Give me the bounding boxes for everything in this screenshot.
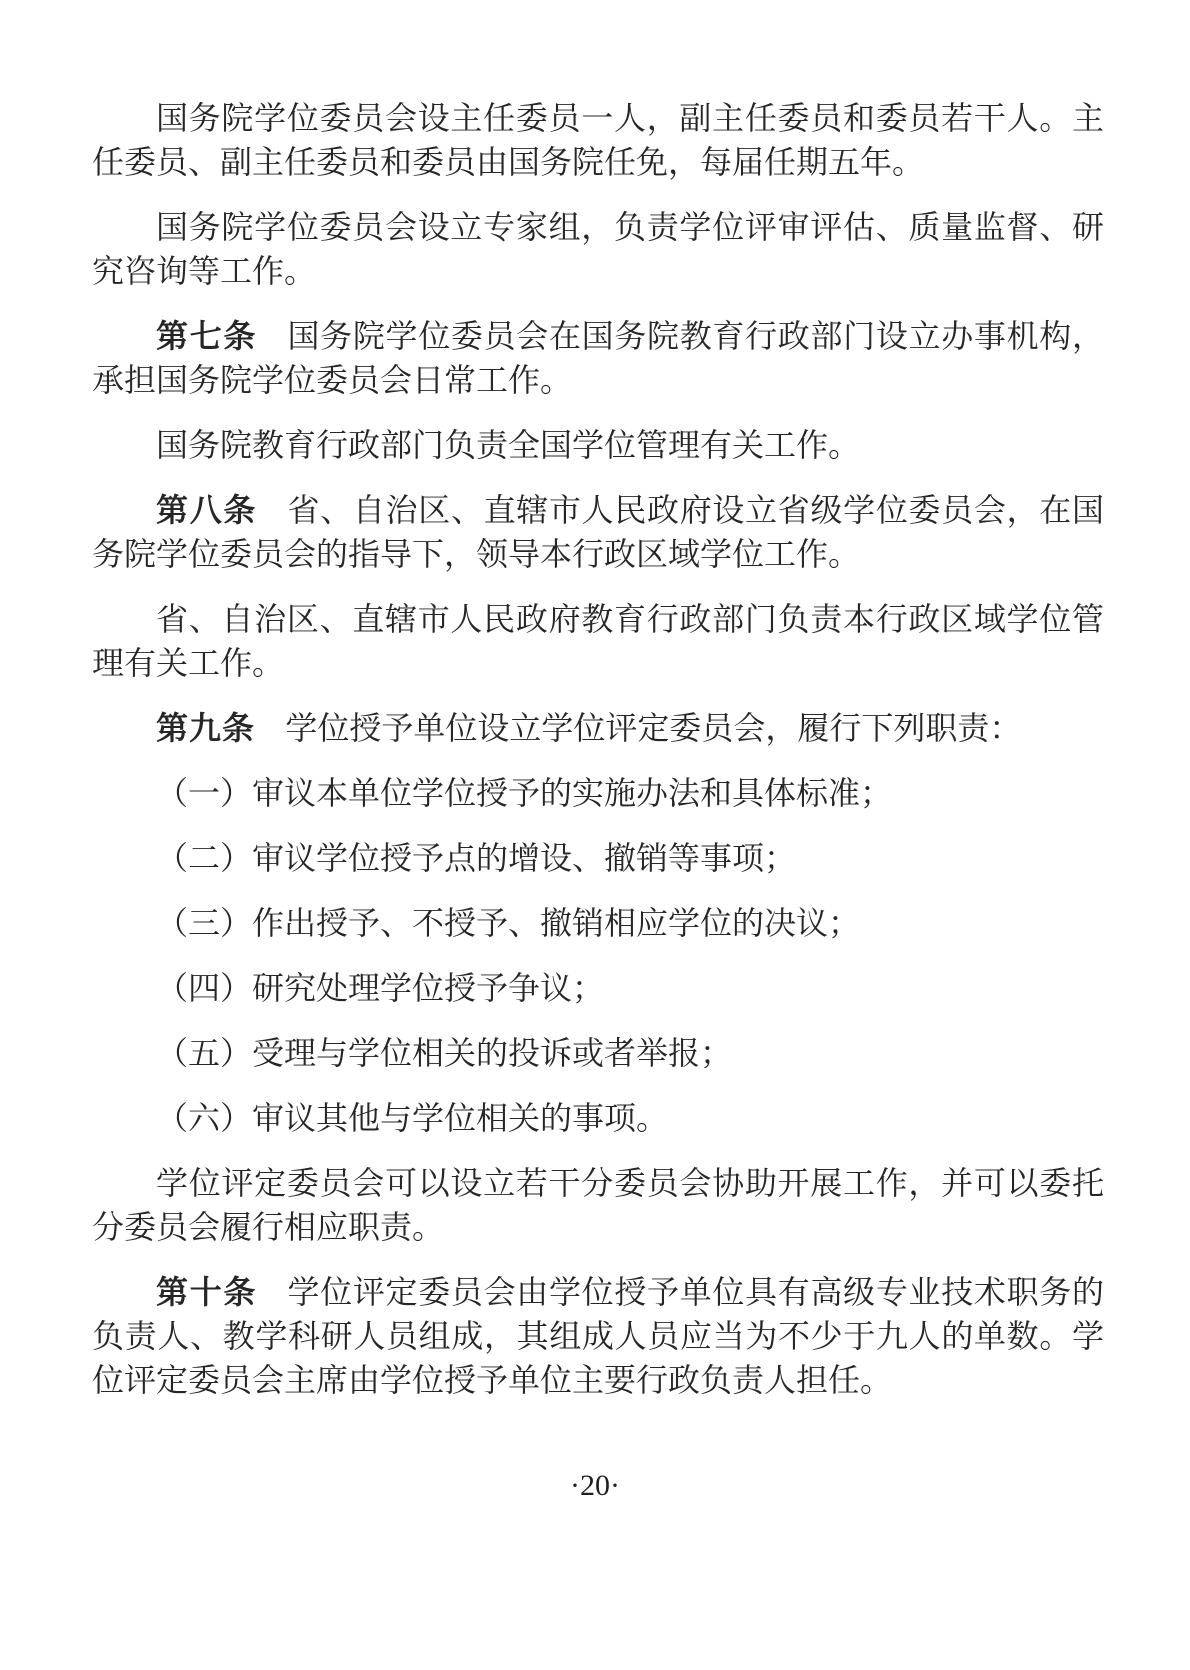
paragraph-text: （三）作出授予、不授予、撤销相应学位的决议；: [156, 905, 860, 941]
paragraph-text: 学位授予单位设立学位评定委员会，履行下列职责：: [285, 710, 1021, 746]
paragraph-text: 学位评定委员会可以设立若干分委员会协助开展工作，并可以委托分委员会履行相应职责。: [92, 1165, 1104, 1245]
paragraph: 学位评定委员会可以设立若干分委员会协助开展工作，并可以委托分委员会履行相应职责。: [92, 1161, 1104, 1249]
paragraph-article-7: 第七条国务院学位委员会在国务院教育行政部门设立办事机构，承担国务院学位委员会日常…: [92, 314, 1104, 402]
article-number: 第九条: [156, 710, 255, 746]
paragraph-article-10: 第十条学位评定委员会由学位授予单位具有高级专业技术职务的负责人、教学科研人员组成…: [92, 1270, 1104, 1402]
document-page: 国务院学位委员会设主任委员一人，副主任委员和委员若干人。主任委员、副主任委员和委…: [0, 0, 1190, 1670]
paragraph: 国务院学位委员会设主任委员一人，副主任委员和委员若干人。主任委员、副主任委员和委…: [92, 96, 1104, 184]
paragraph: 省、自治区、直辖市人民政府教育行政部门负责本行政区域学位管理有关工作。: [92, 597, 1104, 685]
paragraph-text: 国务院教育行政部门负责全国学位管理有关工作。: [156, 427, 860, 463]
paragraph: 国务院教育行政部门负责全国学位管理有关工作。: [92, 423, 1104, 467]
paragraph-text: （四）研究处理学位授予争议；: [156, 970, 604, 1006]
list-item-1: （一）审议本单位学位授予的实施办法和具体标准；: [92, 771, 1104, 815]
paragraph-text: （二）审议学位授予点的增设、撤销等事项；: [156, 840, 796, 876]
paragraph-text: （五）受理与学位相关的投诉或者举报；: [156, 1035, 732, 1071]
paragraph-text: 国务院学位委员会设立专家组，负责学位评审评估、质量监督、研究咨询等工作。: [92, 209, 1104, 289]
page-number: ·20·: [0, 1466, 1190, 1506]
list-item-2: （二）审议学位授予点的增设、撤销等事项；: [92, 836, 1104, 880]
list-item-4: （四）研究处理学位授予争议；: [92, 966, 1104, 1010]
article-number: 第十条: [156, 1274, 257, 1310]
paragraph-text: 国务院学位委员会设主任委员一人，副主任委员和委员若干人。主任委员、副主任委员和委…: [92, 100, 1104, 180]
paragraph-text: 省、自治区、直辖市人民政府教育行政部门负责本行政区域学位管理有关工作。: [92, 601, 1104, 681]
paragraph-text: （六）审议其他与学位相关的事项。: [156, 1100, 668, 1136]
article-number: 第七条: [156, 318, 257, 354]
paragraph-article-9: 第九条学位授予单位设立学位评定委员会，履行下列职责：: [92, 706, 1104, 750]
paragraph-article-8: 第八条省、自治区、直辖市人民政府设立省级学位委员会，在国务院学位委员会的指导下，…: [92, 488, 1104, 576]
list-item-3: （三）作出授予、不授予、撤销相应学位的决议；: [92, 901, 1104, 945]
article-number: 第八条: [156, 492, 257, 528]
list-item-5: （五）受理与学位相关的投诉或者举报；: [92, 1031, 1104, 1075]
paragraph-text: （一）审议本单位学位授予的实施办法和具体标准；: [156, 775, 892, 811]
list-item-6: （六）审议其他与学位相关的事项。: [92, 1096, 1104, 1140]
document-body: 国务院学位委员会设主任委员一人，副主任委员和委员若干人。主任委员、副主任委员和委…: [92, 96, 1104, 1423]
paragraph: 国务院学位委员会设立专家组，负责学位评审评估、质量监督、研究咨询等工作。: [92, 205, 1104, 293]
